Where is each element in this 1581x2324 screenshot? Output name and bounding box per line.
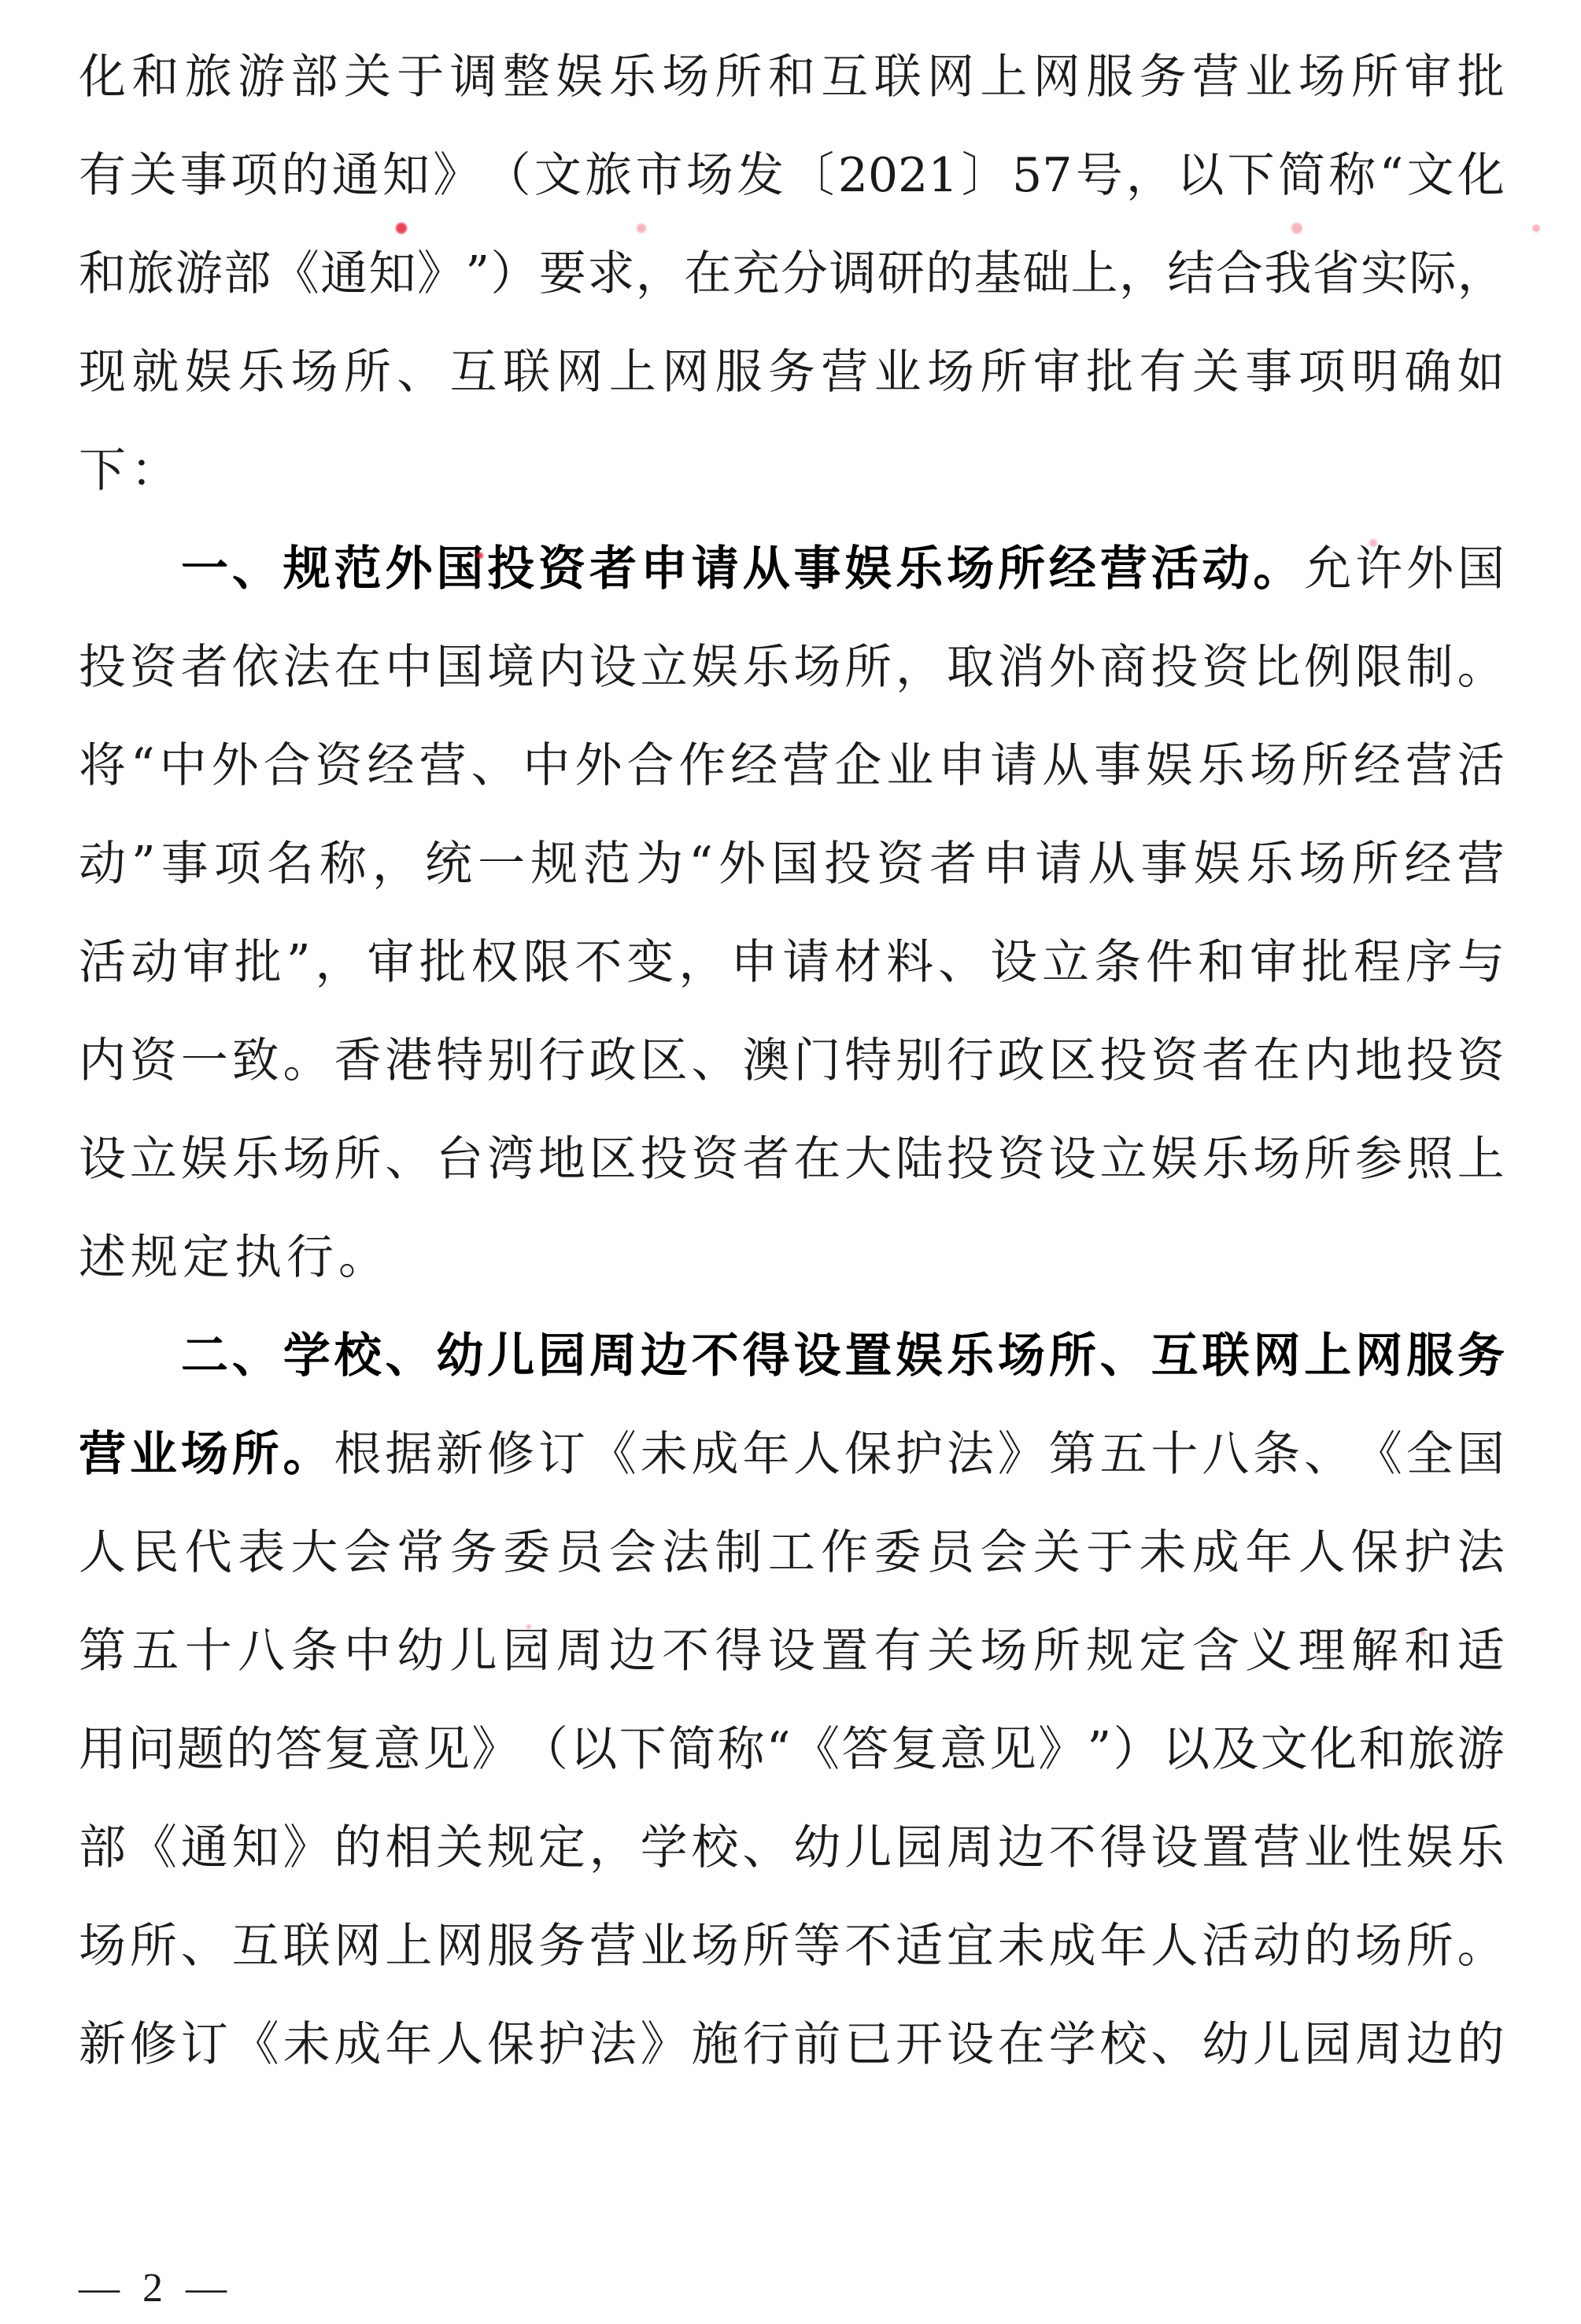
body-text-line: 第五十八条中幼儿园周边不得设置有关场所规定含义理解和适	[79, 1620, 1505, 1683]
body-text-line: 新修订《未成年人保护法》施行前已开设在学校、幼儿园周边的	[79, 2013, 1505, 2076]
seal-mark	[477, 552, 483, 559]
seal-mark	[396, 223, 407, 234]
body-text-line: 化和旅游部关于调整娱乐场所和互联网上网服务营业场所审批	[79, 46, 1505, 109]
body-text-line: 活动审批”，审批权限不变，申请材料、设立条件和审批程序与	[79, 931, 1505, 994]
body-text-line: 场所、互联网上网服务营业场所等不适宜未成年人活动的场所。	[79, 1915, 1505, 1978]
body-text-line: 部《通知》的相关规定，学校、幼儿园周边不得设置营业性娱乐	[79, 1816, 1505, 1879]
seal-mark	[526, 1624, 531, 1629]
seal-mark	[1420, 1631, 1425, 1635]
body-text-line: 投资者依法在中国境内设立娱乐场所，取消外商投资比例限制。	[79, 636, 1505, 699]
body-text-line: 下：	[79, 439, 1505, 502]
body-text-line: 现就娱乐场所、互联网上网服务营业场所审批有关事项明确如	[79, 341, 1505, 404]
body-text-line: 将“中外合资经营、中外合作经营企业申请从事娱乐场所经营活	[79, 734, 1505, 797]
section-heading-line: 二、学校、幼儿园周边不得设置娱乐场所、互联网上网服务	[181, 1325, 1505, 1387]
body-text-line: 用问题的答复意见》（以下简称“《答复意见》”）以及文化和旅游	[79, 1718, 1505, 1781]
body-text-line: 有关事项的通知》（文旅市场发〔2021〕57号，以下简称“文化	[79, 144, 1505, 207]
body-text-line: 设立娱乐场所、台湾地区投资者在大陆投资设立娱乐场所参照上	[79, 1128, 1505, 1191]
section-heading-line: 营业场所。根据新修订《未成年人保护法》第五十八条、《全国	[79, 1423, 1505, 1486]
body-text-line: 人民代表大会常务委员会法制工作委员会关于未成年人保护法	[79, 1521, 1505, 1584]
section-heading-line: 一、规范外国投资者申请从事娱乐场所经营活动。允许外国	[181, 538, 1505, 600]
seal-mark	[637, 224, 646, 233]
page-number: — 2 —	[79, 2265, 233, 2312]
seal-mark	[1532, 224, 1540, 232]
body-text-line: 动”事项名称，统一规范为“外国投资者申请从事娱乐场所经营	[79, 833, 1505, 896]
seal-mark	[1291, 223, 1302, 234]
body-text-line: 述规定执行。	[79, 1226, 1505, 1289]
document-page: 化和旅游部关于调整娱乐场所和互联网上网服务营业场所审批有关事项的通知》（文旅市场…	[0, 0, 1581, 2324]
body-text-line: 和旅游部《通知》”）要求，在充分调研的基础上，结合我省实际，	[79, 242, 1505, 305]
seal-mark	[1369, 539, 1377, 547]
body-text-line: 内资一致。香港特别行政区、澳门特别行政区投资者在内地投资	[79, 1029, 1505, 1092]
